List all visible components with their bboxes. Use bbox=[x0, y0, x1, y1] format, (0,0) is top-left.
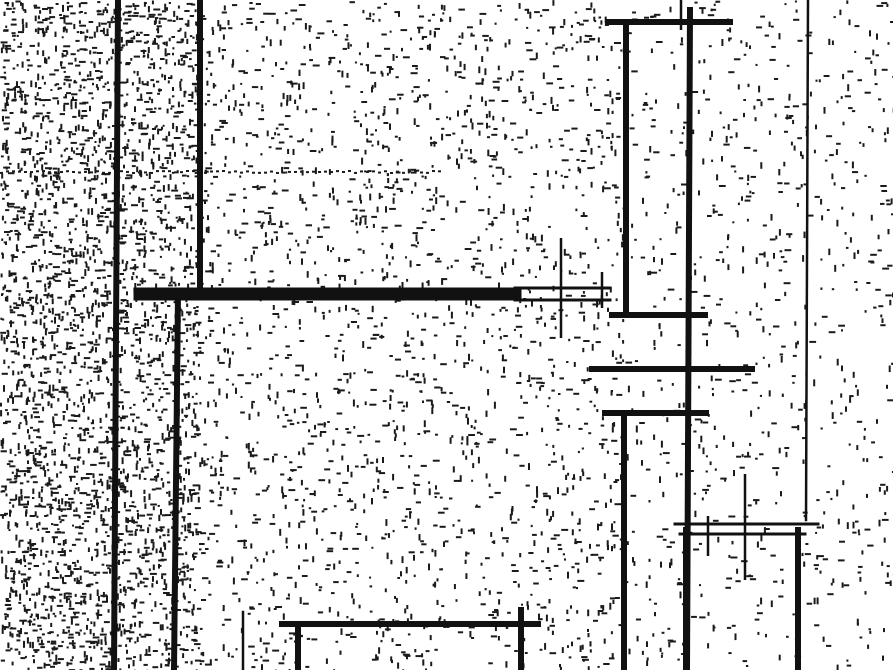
left-border-wall bbox=[114, 0, 118, 670]
lower-vertical-wall bbox=[174, 294, 178, 670]
floor-plan-drawing bbox=[0, 0, 893, 670]
